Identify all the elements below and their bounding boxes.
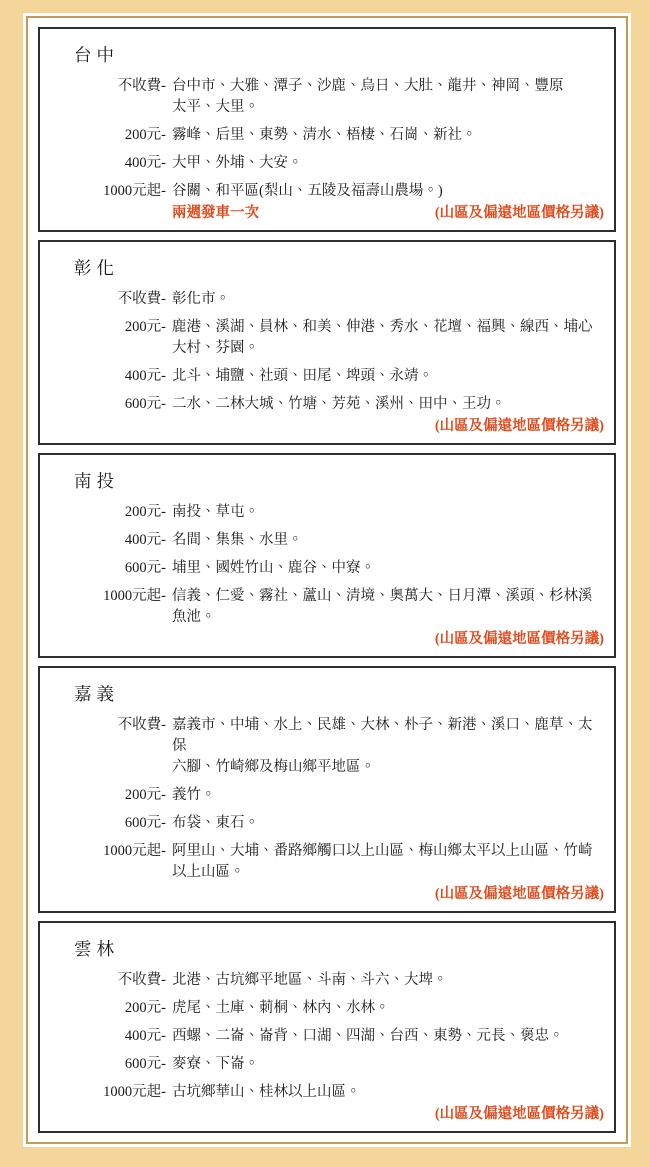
fee-row: 600元- 二水、二林大城、竹塘、芳苑、溪州、田中、王功。 — [48, 394, 604, 415]
fee-tier-label: 不收費- — [48, 289, 166, 310]
section-chiayi: 嘉義 不收費- 嘉義市、中埔、水上、民雄、大林、朴子、新港、溪口、鹿草、太保 六… — [38, 666, 616, 913]
fee-area-list: 谷關、和平區(梨山、五陵及福壽山農場。) — [172, 181, 604, 202]
remote-area-note: (山區及偏遠地區價格另議) — [435, 884, 604, 905]
section-title: 雲林 — [74, 936, 604, 961]
section-title: 彰化 — [74, 255, 604, 280]
fee-row: 不收費- 台中市、大雅、潭子、沙鹿、烏日、大肚、龍井、神岡、豐原 太平、大里。 — [48, 76, 604, 118]
fee-area-list: 嘉義市、中埔、水上、民雄、大林、朴子、新港、溪口、鹿草、太保 六腳、竹崎鄉及梅山… — [172, 715, 604, 778]
fee-tier-label: 400元- — [48, 530, 166, 551]
fee-area-list: 虎尾、土庫、莿桐、林內、水林。 — [172, 998, 604, 1019]
fee-area-list: 西螺、二崙、崙背、口湖、四湖、台西、東勢、元長、褒忠。 — [172, 1026, 604, 1047]
fee-tier-label: 400元- — [48, 153, 166, 174]
remote-area-note: (山區及偏遠地區價格另議) — [435, 416, 604, 437]
remote-area-note: (山區及偏遠地區價格另議) — [435, 629, 604, 650]
section-title: 台中 — [74, 42, 604, 67]
section-taichung: 台中 不收費- 台中市、大雅、潭子、沙鹿、烏日、大肚、龍井、神岡、豐原 太平、大… — [38, 27, 616, 232]
fee-row: 600元- 布袋、東石。 — [48, 813, 604, 834]
dispatch-note: 兩週發車一次 — [172, 203, 259, 224]
section-footer: (山區及偏遠地區價格另議) — [48, 416, 604, 437]
fee-area-list: 名間、集集、水里。 — [172, 530, 604, 551]
fee-row: 600元- 麥寮、下崙。 — [48, 1054, 604, 1075]
remote-area-note: (山區及偏遠地區價格另議) — [435, 1104, 604, 1125]
fee-row: 200元- 霧峰、后里、東勢、清水、梧棲、石崗、新社。 — [48, 125, 604, 146]
fee-row: 200元- 南投、草屯。 — [48, 502, 604, 523]
section-footer: (山區及偏遠地區價格另議) — [48, 1104, 604, 1125]
fee-tier-label: 400元- — [48, 366, 166, 387]
fee-area-list: 古坑鄉華山、桂林以上山區。 — [172, 1082, 604, 1103]
section-footer: (山區及偏遠地區價格另議) — [48, 884, 604, 905]
fee-row: 200元- 義竹。 — [48, 785, 604, 806]
fee-row: 不收費- 北港、古坑鄉平地區、斗南、斗六、大埤。 — [48, 970, 604, 991]
fee-tier-label: 600元- — [48, 813, 166, 834]
fee-tier-label: 600元- — [48, 394, 166, 415]
fee-area-list: 信義、仁愛、霧社、蘆山、清境、奧萬大、日月潭、溪頭、杉林溪 魚池。 — [172, 586, 604, 628]
fee-tier-label: 200元- — [48, 125, 166, 146]
fee-area-list: 義竹。 — [172, 785, 604, 806]
fee-area-list: 布袋、東石。 — [172, 813, 604, 834]
fee-tier-label: 600元- — [48, 558, 166, 579]
fee-area-list: 鹿港、溪湖、員林、和美、伸港、秀水、花壇、福興、線西、埔心 大村、芬園。 — [172, 317, 604, 359]
section-title: 嘉義 — [74, 681, 604, 706]
fee-tier-label: 不收費- — [48, 970, 166, 991]
fee-area-list: 大甲、外埔、大安。 — [172, 153, 604, 174]
fee-tier-label: 200元- — [48, 998, 166, 1019]
fee-tier-label: 1000元起- — [48, 586, 166, 607]
section-changhua: 彰化 不收費- 彰化市。 200元- 鹿港、溪湖、員林、和美、伸港、秀水、花壇、… — [38, 240, 616, 445]
fee-row: 200元- 鹿港、溪湖、員林、和美、伸港、秀水、花壇、福興、線西、埔心 大村、芬… — [48, 317, 604, 359]
fee-tier-label: 1000元起- — [48, 841, 166, 862]
fee-row: 200元- 虎尾、土庫、莿桐、林內、水林。 — [48, 998, 604, 1019]
fee-tier-label: 不收費- — [48, 76, 166, 97]
fee-row: 400元- 北斗、埔鹽、社頭、田尾、埤頭、永靖。 — [48, 366, 604, 387]
fee-area-list: 埔里、國姓竹山、鹿谷、中寮。 — [172, 558, 604, 579]
fee-tier-label: 400元- — [48, 1026, 166, 1047]
fee-area-list: 麥寮、下崙。 — [172, 1054, 604, 1075]
fee-area-list: 南投、草屯。 — [172, 502, 604, 523]
remote-area-note: (山區及偏遠地區價格另議) — [435, 203, 604, 224]
fee-area-list: 阿里山、大埔、番路鄉觸口以上山區、梅山鄉太平以上山區、竹崎 以上山區。 — [172, 841, 604, 883]
fee-area-list: 北斗、埔鹽、社頭、田尾、埤頭、永靖。 — [172, 366, 604, 387]
fee-row: 不收費- 嘉義市、中埔、水上、民雄、大林、朴子、新港、溪口、鹿草、太保 六腳、竹… — [48, 715, 604, 778]
fee-row: 400元- 大甲、外埔、大安。 — [48, 153, 604, 174]
fee-area-list: 北港、古坑鄉平地區、斗南、斗六、大埤。 — [172, 970, 604, 991]
fee-area-list: 台中市、大雅、潭子、沙鹿、烏日、大肚、龍井、神岡、豐原 太平、大里。 — [172, 76, 604, 118]
fee-row: 1000元起- 古坑鄉華山、桂林以上山區。 — [48, 1082, 604, 1103]
price-sheet: 台中 不收費- 台中市、大雅、潭子、沙鹿、烏日、大肚、龍井、神岡、豐原 太平、大… — [23, 13, 631, 1147]
fee-tier-label: 200元- — [48, 502, 166, 523]
fee-row: 1000元起- 阿里山、大埔、番路鄉觸口以上山區、梅山鄉太平以上山區、竹崎 以上… — [48, 841, 604, 883]
section-title: 南投 — [74, 468, 604, 493]
fee-row: 1000元起- 信義、仁愛、霧社、蘆山、清境、奧萬大、日月潭、溪頭、杉林溪 魚池… — [48, 586, 604, 628]
fee-area-list: 霧峰、后里、東勢、清水、梧棲、石崗、新社。 — [172, 125, 604, 146]
fee-row: 不收費- 彰化市。 — [48, 289, 604, 310]
page-background: 台中 不收費- 台中市、大雅、潭子、沙鹿、烏日、大肚、龍井、神岡、豐原 太平、大… — [0, 0, 650, 1167]
fee-tier-label: 不收費- — [48, 715, 166, 736]
fee-tier-label: 200元- — [48, 785, 166, 806]
fee-row: 400元- 名間、集集、水里。 — [48, 530, 604, 551]
section-footer: (山區及偏遠地區價格另議) — [48, 629, 604, 650]
fee-tier-label: 1000元起- — [48, 1082, 166, 1103]
fee-tier-label: 1000元起- — [48, 181, 166, 202]
price-sheet-inner: 台中 不收費- 台中市、大雅、潭子、沙鹿、烏日、大肚、龍井、神岡、豐原 太平、大… — [26, 16, 628, 1144]
section-yunlin: 雲林 不收費- 北港、古坑鄉平地區、斗南、斗六、大埤。 200元- 虎尾、土庫、… — [38, 921, 616, 1133]
fee-row: 1000元起- 谷關、和平區(梨山、五陵及福壽山農場。) — [48, 181, 604, 202]
section-footer: 兩週發車一次 (山區及偏遠地區價格另議) — [48, 203, 604, 224]
section-nantou: 南投 200元- 南投、草屯。 400元- 名間、集集、水里。 600元- 埔里… — [38, 453, 616, 658]
fee-tier-label: 600元- — [48, 1054, 166, 1075]
fee-area-list: 彰化市。 — [172, 289, 604, 310]
fee-row: 400元- 西螺、二崙、崙背、口湖、四湖、台西、東勢、元長、褒忠。 — [48, 1026, 604, 1047]
fee-row: 600元- 埔里、國姓竹山、鹿谷、中寮。 — [48, 558, 604, 579]
fee-area-list: 二水、二林大城、竹塘、芳苑、溪州、田中、王功。 — [172, 394, 604, 415]
fee-tier-label: 200元- — [48, 317, 166, 338]
